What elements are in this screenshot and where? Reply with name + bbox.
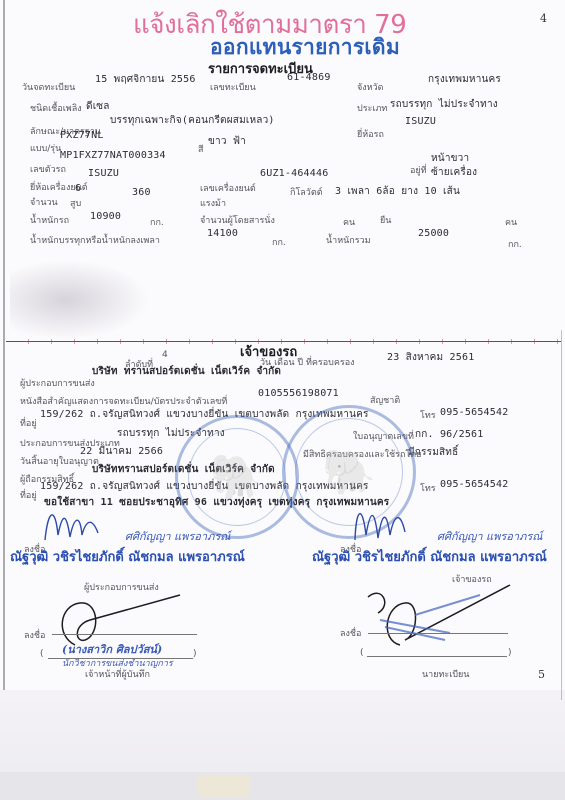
engine-brand-value: ISUZU: [88, 168, 119, 179]
fuel-label: ชนิดเชื้อเพลิง: [30, 101, 82, 115]
chassis-position-label: อยู่ที่: [410, 163, 427, 177]
license-no-value: กก. 96/2561: [415, 427, 484, 442]
color-label: สี: [198, 142, 204, 156]
scan-bottom-band: [0, 772, 565, 800]
vehicle-weight-label: น้ำหนักรถ: [30, 213, 69, 227]
phone-value: 095-5654542: [440, 407, 508, 418]
cylinders-label: จำนวน: [30, 195, 58, 209]
sign-label-registrar: ลงชื่อ: [340, 626, 361, 640]
role-right: เจ้าของรถ: [452, 572, 492, 586]
registrar-paren-open: (: [360, 648, 364, 658]
officer-sign-line: [52, 634, 197, 635]
horsepower-value: 360: [132, 187, 151, 198]
company-seal-left: 🐘: [175, 415, 299, 539]
tape-mark: [198, 775, 250, 797]
vehicle-type-value: รถบรรทุก ไม่ประจำทาง: [390, 97, 498, 112]
gross-weight-value: 25000: [418, 228, 449, 239]
page-edge-left: [3, 0, 5, 690]
standing-unit: คน: [505, 215, 517, 229]
holder-address-label: ที่อยู่: [20, 488, 37, 502]
color-value: ขาว ฟ้า: [208, 134, 246, 149]
id-document-value: 0105556198071: [258, 388, 339, 399]
kilowatt-label: กิโลวัตต์: [290, 185, 323, 199]
characteristic-value: บรรทุกเฉพาะกิจ(คอนกรีตผสมเหลว): [110, 113, 275, 128]
page-number-top: 4: [540, 12, 547, 25]
cylinders-value: 6: [75, 183, 81, 194]
payload-value: 14100: [207, 228, 238, 239]
operator-label: ผู้ประกอบการขนส่ง: [20, 376, 95, 390]
elephant-seal-icon: 🐘: [322, 446, 377, 498]
seats-label: จำนวนผู้โดยสารนั่ง: [200, 213, 275, 227]
registrar-paren-close: ): [508, 648, 512, 658]
axle-wheel-value: 3 เพลา 6ล้อ ยาง 10 เส้น: [335, 184, 460, 199]
gross-weight-unit: กก.: [508, 237, 522, 251]
signature-registrar-scribble: [360, 585, 510, 655]
handwritten-name-left: ศศิกัญญา แพรอาภรณ์: [125, 527, 230, 545]
scan-smudge: [10, 260, 150, 340]
elephant-seal-icon: 🐘: [210, 451, 265, 503]
chassis-position-top-value: หน้าขวา: [431, 151, 469, 166]
standing-label: ยืน: [380, 213, 391, 227]
brand-value: ISUZU: [405, 116, 436, 127]
chassis-no-value: MP1FXZ77NAT000334: [60, 150, 166, 161]
plate-no-label: เลขทะเบียน: [210, 80, 256, 94]
reg-date-value: 15 พฤศจิกายน 2556: [95, 72, 196, 87]
id-document-label: หนังสือสำคัญแสดงการจดทะเบียน/บัตรประจำตั…: [20, 394, 227, 408]
officer-role: เจ้าหน้าที่ผู้บันทึก: [85, 667, 150, 681]
role-left: ผู้ประกอบการขนส่ง: [84, 580, 159, 594]
vehicle-weight-value: 10900: [90, 211, 121, 222]
chassis-position-value: ซ้ายเครื่อง: [431, 165, 477, 180]
vehicle-weight-unit: กก.: [150, 215, 164, 229]
vehicle-registration-page: 4 แจ้งเลิกใช้ตามมาตรา 79 ออกแทนรายการเดิ…: [0, 0, 565, 800]
sign-label-officer: ลงชื่อ: [24, 628, 45, 642]
possession-date-value: 23 สิงหาคม 2561: [387, 350, 474, 365]
officer-paren-close: ): [193, 649, 197, 659]
license-expiry-label: วันสิ้นอายุใบอนุญาต: [20, 454, 99, 468]
vehicle-type-label: ประเภท: [357, 101, 387, 115]
model-label: แบบ/รุ่น: [30, 141, 61, 155]
gross-weight-label: น้ำหนักรวม: [326, 233, 371, 247]
holder-phone-value: 095-5654542: [440, 479, 508, 490]
horsepower-label: แรงม้า: [200, 196, 226, 210]
phone-label: โทร: [420, 408, 436, 422]
engine-no-label: เลขเครื่องยนต์: [200, 181, 256, 195]
reg-date-label: วันจดทะเบียน: [22, 80, 75, 94]
holder-phone-label: โทร: [420, 481, 436, 495]
sequence-value: 4: [162, 350, 168, 360]
operator-value: บริษัท ทรานสปอร์ตเดชั่น เน็ตเวิร์ค จำกัด: [92, 364, 281, 379]
model-value: FXZ77NL: [60, 130, 104, 141]
cylinders-unit: สูบ: [70, 196, 81, 210]
chassis-no-label: เลขตัวรถ: [30, 162, 66, 176]
registrar-name-line: [367, 656, 507, 657]
stamped-name-right: ณัฐวุฒิ วชิรไชยภักดิ์ ณัชกมล แพรอาภรณ์: [312, 546, 547, 567]
handwritten-name-right: ศศิกัญญา แพรอาภรณ์: [437, 527, 542, 545]
signature-left-scribble: [40, 505, 130, 545]
province-value: กรุงเทพมหานคร: [428, 72, 501, 87]
stamped-name-left: ณัฐวุฒิ วชิรไชยภักดิ์ ณัชกมล แพรอาภรณ์: [10, 546, 245, 567]
payload-label: น้ำหนักบรรทุกหรือน้ำหนักลงเพลา: [30, 233, 160, 247]
fuel-value: ดีเซล: [86, 99, 110, 114]
page-number-bottom: 5: [538, 668, 545, 681]
province-label: จังหวัด: [357, 80, 384, 94]
page-edge-right: [561, 330, 562, 700]
engine-no-value: 6UZ1-464446: [260, 168, 328, 179]
possession-right-value: มีกรรมสิทธิ์: [408, 445, 458, 460]
plate-no-value: 61-4869: [287, 72, 331, 83]
payload-unit: กก.: [272, 235, 286, 249]
registrar-role: นายทะเบียน: [422, 667, 469, 681]
seats-unit: คน: [343, 215, 355, 229]
address-label: ที่อยู่: [20, 416, 37, 430]
brand-label: ยี่ห้อรถ: [357, 127, 384, 141]
registrar-sign-line: [368, 633, 508, 634]
signature-right-scribble: [350, 500, 440, 545]
officer-paren-open: (: [40, 649, 44, 659]
nationality-label: สัญชาติ: [370, 393, 400, 407]
